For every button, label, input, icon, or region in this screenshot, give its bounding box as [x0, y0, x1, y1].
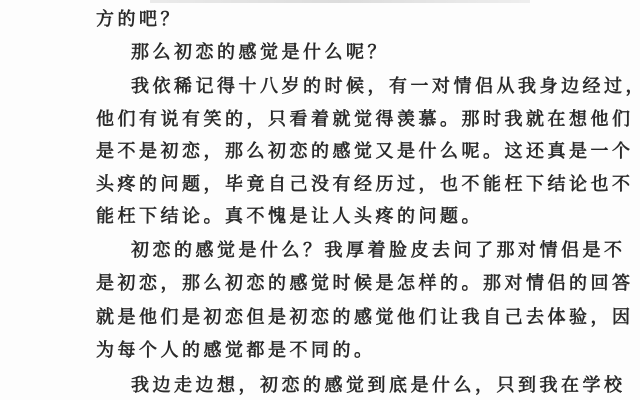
text-line: 方的吧？	[96, 9, 182, 31]
text-line: 就是他们是初恋但是初恋的感觉他们让我自己去体验，因	[96, 307, 634, 329]
text-line: 是初恋，那么初恋的感觉时候是怎样的。那对情侣的回答	[96, 273, 634, 295]
text-line: 为每个人的感觉都是不同的。	[96, 340, 376, 362]
text-line: 我边走边想，初恋的感觉到底是什么，只到我在学校	[131, 375, 626, 397]
document-page: 方的吧？ 那么初恋的感觉是什么呢？ 我依稀记得十八岁的时候，有一对情侣从我身边经…	[0, 0, 640, 400]
text-line: 是不是初恋，那么初恋的感觉又是什么呢。这还真是一个	[96, 141, 634, 163]
text-line: 那么初恋的感觉是什么呢？	[131, 42, 389, 64]
text-line: 初恋的感觉是什么？我厚着脸皮去问了那对情侣是不	[131, 240, 626, 262]
text-line: 能枉下结论。真不愧是让人头疼的问题。	[96, 206, 483, 228]
cut-off-previous-line	[150, 0, 530, 3]
text-line: 我依稀记得十八岁的时候，有一对情侣从我身边经过，	[131, 76, 640, 98]
text-line: 头疼的问题，毕竟自己没有经历过，也不能枉下结论也不	[96, 174, 634, 196]
text-line: 他们有说有笑的，只看着就觉得羡慕。那时我就在想他们	[96, 109, 634, 131]
